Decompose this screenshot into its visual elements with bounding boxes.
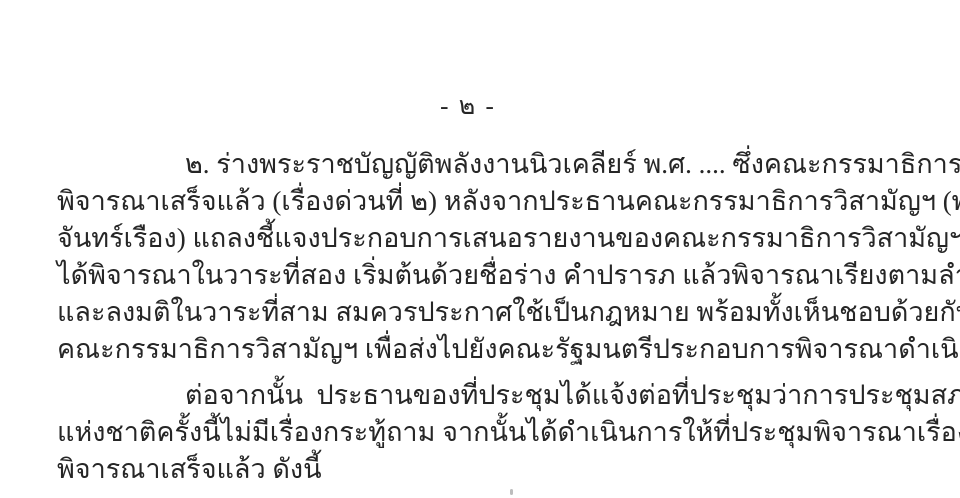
text-line: ๒. ร่างพระราชบัญญัติพลังงานนิวเคลียร์ พ.… <box>57 146 917 183</box>
paragraph-draft-act-nuclear-energy: ๒. ร่างพระราชบัญญัติพลังงานนิวเคลียร์ พ.… <box>57 146 917 368</box>
text-line: คณะกรรมาธิการวิสามัญฯ เพื่อส่งไปยังคณะรั… <box>57 331 917 368</box>
text-line: แห่งชาติครั้งนี้ไม่มีเรื่องกระทู้ถาม จาก… <box>57 414 917 451</box>
text-line: ต่อจากนั้น ประธานของที่ประชุมได้แจ้งต่อท… <box>57 377 917 414</box>
paragraph-chairman-announcement: ต่อจากนั้น ประธานของที่ประชุมได้แจ้งต่อท… <box>57 377 917 488</box>
text-line: พิจารณาเสร็จแล้ว ดังนี้ <box>57 451 917 488</box>
text-line: พิจารณาเสร็จแล้ว (เรื่องด่วนที่ ๒) หลังจ… <box>57 183 917 220</box>
text-line: และลงมติในวาระที่สาม สมควรประกาศใช้เป็นก… <box>57 294 917 331</box>
text-line: ได้พิจารณาในวาระที่สอง เริ่มต้นด้วยชื่อร… <box>57 257 917 294</box>
document-page: - ๒ - ๒. ร่างพระราชบัญญัติพลังงานนิวเคลี… <box>0 0 960 498</box>
text-line: จันทร์เรือง) แถลงชี้แจงประกอบการเสนอรายง… <box>57 220 917 257</box>
scan-artifact <box>510 489 513 495</box>
page-number: - ๒ - <box>0 86 948 126</box>
